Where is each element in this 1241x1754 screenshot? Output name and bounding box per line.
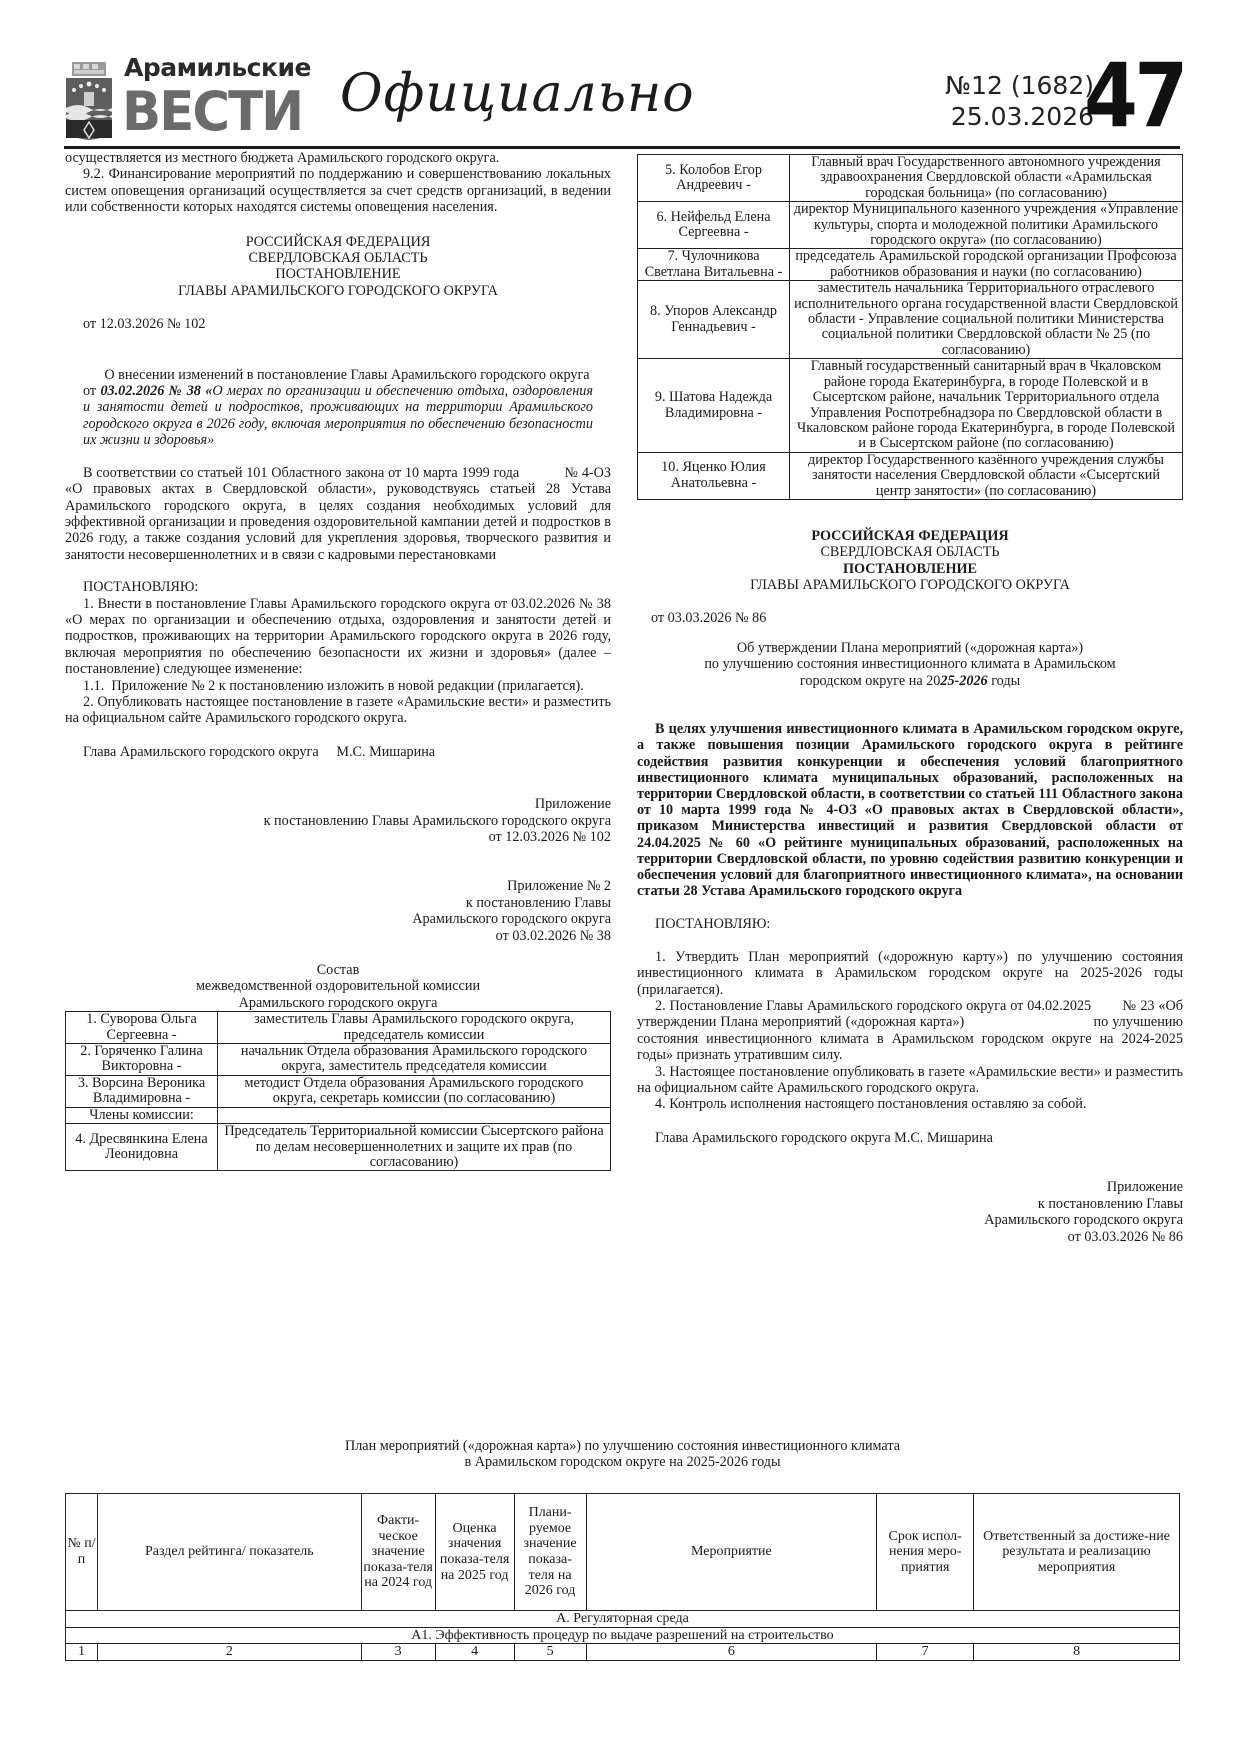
title-prefix: от bbox=[83, 383, 100, 399]
appendix-line: Приложение bbox=[65, 796, 611, 812]
member-name: 2. Горяченко Галина Викторовна - bbox=[66, 1044, 218, 1076]
decree-2-item-2: 2. Постановление Главы Арамильского горо… bbox=[637, 998, 1183, 1064]
member-role: директор Государственного казённого учре… bbox=[790, 452, 1183, 499]
member-role: методист Отдела образования Арамильского… bbox=[218, 1075, 611, 1107]
plan-title-line: План мероприятий («дорожная карта») по у… bbox=[65, 1438, 1180, 1454]
committee-row: 2. Горяченко Галина Викторовна -начальни… bbox=[66, 1044, 611, 1076]
decree-item-1-1: 1.1. Приложение № 2 к постановлению изло… bbox=[65, 678, 611, 694]
appendix-line: Арамильского городского округа bbox=[637, 1212, 1183, 1228]
member-name: 7. Чулочникова Светлана Витальевна - bbox=[638, 249, 790, 281]
brand-name-main: ВЕСТИ bbox=[122, 82, 302, 142]
city-coat-of-arms-icon bbox=[64, 62, 114, 140]
decree-word: ПОСТАНОВЛЯЮ: bbox=[65, 579, 611, 595]
committee-row: 1. Суворова Ольга Сергеевна -заместитель… bbox=[66, 1012, 611, 1044]
heading-line: РОССИЙСКАЯ ФЕДЕРАЦИЯ bbox=[637, 528, 1183, 544]
plan-title-line: в Арамильском городском округе на 2025-2… bbox=[65, 1454, 1180, 1470]
composition-title-line: Состав bbox=[65, 962, 611, 978]
member-name: 6. Нейфельд Елена Сергеевна - bbox=[638, 202, 790, 249]
decree-2-item-3: 3. Настоящее постановление опубликовать … bbox=[637, 1064, 1183, 1097]
column-header: Раздел рейтинга/ показатель bbox=[97, 1494, 361, 1611]
member-name: 3. Ворсина Вероника Владимировна - bbox=[66, 1075, 218, 1107]
committee-row: 9. Шатова Надежда Владимировна -Главный … bbox=[638, 359, 1183, 452]
brand-name-top: Арамильские bbox=[124, 60, 311, 76]
preamble-2: В целях улучшения инвестиционного климат… bbox=[637, 721, 1183, 899]
member-role: заместитель Главы Арамильского городског… bbox=[218, 1012, 611, 1044]
appendix-line: от 03.02.2026 № 38 bbox=[65, 928, 611, 944]
heading-line: РОССИЙСКАЯ ФЕДЕРАЦИЯ bbox=[65, 234, 611, 250]
member-name: 4. Дресвянкина Елена Леонидовна bbox=[66, 1124, 218, 1171]
member-role: начальник Отдела образования Арамильског… bbox=[218, 1044, 611, 1076]
section-title: Официально bbox=[340, 62, 695, 126]
decree-word-2: ПОСТАНОВЛЯЮ: bbox=[637, 916, 1183, 932]
member-role bbox=[218, 1107, 611, 1123]
member-name: 5. Колобов Егор Андреевич - bbox=[638, 155, 790, 202]
member-name: 1. Суворова Ольга Сергеевна - bbox=[66, 1012, 218, 1044]
heading-line: ПОСТАНОВЛЕНИЕ bbox=[65, 266, 611, 282]
column-number: 2 bbox=[97, 1644, 361, 1661]
decree-heading-2: РОССИЙСКАЯ ФЕДЕРАЦИЯ СВЕРДЛОВСКАЯ ОБЛАСТ… bbox=[637, 528, 1183, 594]
title-ref-number: 03.02.2026 № 38 « bbox=[100, 383, 212, 399]
appendix-line: Приложение № 2 bbox=[65, 878, 611, 894]
decree-date: от 12.03.2026 № 102 bbox=[65, 316, 611, 332]
decree-title-line: О внесении изменений в постановление Гла… bbox=[83, 367, 611, 383]
heading-line: СВЕРДЛОВСКАЯ ОБЛАСТЬ bbox=[637, 544, 1183, 560]
table-header-row: № п/пРаздел рейтинга/ показательФакти-че… bbox=[66, 1494, 1180, 1611]
appendix-line: от 03.03.2026 № 86 bbox=[637, 1229, 1183, 1245]
table-section-row: А. Регуляторная среда bbox=[66, 1611, 1180, 1628]
page-number: 47 bbox=[1084, 48, 1185, 144]
appendix-line: к постановлению Главы bbox=[637, 1196, 1183, 1212]
appendix-note-3: Приложение к постановлению Главы Арамиль… bbox=[637, 1179, 1183, 1245]
appendix-line: к постановлению Главы bbox=[65, 895, 611, 911]
title-years: 25-2026 bbox=[940, 673, 987, 689]
appendix-note-1: Приложение к постановлению Главы Арамиль… bbox=[65, 796, 611, 845]
heading-line: ГЛАВЫ АРАМИЛЬСКОГО ГОРОДСКОГО ОКРУГА bbox=[65, 283, 611, 299]
column-header: Оценка значения показа-теля на 2025 год bbox=[435, 1494, 514, 1611]
member-name: 10. Яценко Юлия Анатольевна - bbox=[638, 452, 790, 499]
committee-row: 5. Колобов Егор Андреевич -Главный врач … bbox=[638, 155, 1183, 202]
member-role: директор Муниципального казенного учрежд… bbox=[790, 202, 1183, 249]
continued-text: осуществляется из местного бюджета Арами… bbox=[65, 150, 611, 166]
decree-heading: РОССИЙСКАЯ ФЕДЕРАЦИЯ СВЕРДЛОВСКАЯ ОБЛАСТ… bbox=[65, 234, 611, 300]
decree-item-1: 1. Внести в постановление Главы Арамильс… bbox=[65, 596, 611, 678]
decree-2-item-1: 1. Утвердить План мероприятий («дорожную… bbox=[637, 949, 1183, 998]
decree-title-reference: от 03.02.2026 № 38 «О мерах по организац… bbox=[65, 383, 611, 449]
preamble: В соответствии со статьей 101 Областного… bbox=[65, 465, 611, 563]
plan-title: План мероприятий («дорожная карта») по у… bbox=[65, 1438, 1180, 1471]
committee-row: 8. Упоров Александр Геннадьевич -замести… bbox=[638, 281, 1183, 359]
column-header: Факти-ческое значение показа-теля на 202… bbox=[361, 1494, 435, 1611]
signature: Глава Арамильского городского округа М.С… bbox=[65, 744, 611, 760]
committee-table-part-2: 5. Колобов Егор Андреевич -Главный врач … bbox=[637, 154, 1183, 500]
column-number: 7 bbox=[877, 1644, 974, 1661]
committee-table-part-1: 1. Суворова Ольга Сергеевна -заместитель… bbox=[65, 1011, 611, 1171]
header-rule bbox=[64, 146, 1180, 149]
roadmap-table: № п/пРаздел рейтинга/ показательФакти-че… bbox=[65, 1493, 1180, 1661]
composition-title: Состав межведомственной оздоровительной … bbox=[65, 962, 611, 1011]
column-header: № п/п bbox=[66, 1494, 98, 1611]
column-number: 3 bbox=[361, 1644, 435, 1661]
committee-row: Члены комиссии: bbox=[66, 1107, 611, 1123]
column-header: Плани-руемое значение показа-теля на 202… bbox=[514, 1494, 586, 1611]
title-text: городском округе на 20 bbox=[800, 673, 940, 689]
decree-title-line: по улучшению состояния инвестиционного к… bbox=[637, 656, 1183, 672]
decree-title-2: Об утверждении Плана мероприятий («дорож… bbox=[637, 640, 1183, 689]
appendix-line: Приложение bbox=[637, 1179, 1183, 1195]
appendix-line: Арамильского городского округа bbox=[65, 911, 611, 927]
member-name: Члены комиссии: bbox=[66, 1107, 218, 1123]
title-text: годы bbox=[988, 673, 1020, 689]
issue-date: 25.03.2026 bbox=[884, 101, 1094, 132]
issue-info: №12 (1682) 25.03.2026 bbox=[884, 70, 1094, 132]
composition-title-line: межведомственной оздоровительной комисси… bbox=[65, 978, 611, 994]
column-header: Срок испол-нения меро-приятия bbox=[877, 1494, 974, 1611]
left-column: осуществляется из местного бюджета Арами… bbox=[65, 150, 611, 1171]
column-number: 1 bbox=[66, 1644, 98, 1661]
heading-line: ГЛАВЫ АРАМИЛЬСКОГО ГОРОДСКОГО ОКРУГА bbox=[637, 577, 1183, 593]
heading-line: ПОСТАНОВЛЕНИЕ bbox=[637, 561, 1183, 577]
member-role: Председатель Территориальной комиссии Сы… bbox=[218, 1124, 611, 1171]
appendix-line: от 12.03.2026 № 102 bbox=[65, 829, 611, 845]
masthead: Арамильские ВЕСТИ Официально №12 (1682) … bbox=[64, 56, 1180, 146]
appendix-line: к постановлению Главы Арамильского город… bbox=[65, 813, 611, 829]
member-name: 9. Шатова Надежда Владимировна - bbox=[638, 359, 790, 452]
table-subsection-row: А1. Эффективность процедур по выдаче раз… bbox=[66, 1627, 1180, 1644]
committee-row: 4. Дресвянкина Елена ЛеонидовнаПредседат… bbox=[66, 1124, 611, 1171]
decree-item-2: 2. Опубликовать настоящее постановление … bbox=[65, 694, 611, 727]
member-role: Главный государственный санитарный врач … bbox=[790, 359, 1183, 452]
heading-line: СВЕРДЛОВСКАЯ ОБЛАСТЬ bbox=[65, 250, 611, 266]
committee-row: 7. Чулочникова Светлана Витальевна -пред… bbox=[638, 249, 1183, 281]
section-cell: А. Регуляторная среда bbox=[66, 1611, 1180, 1628]
decree-date-2: от 03.03.2026 № 86 bbox=[637, 610, 1183, 626]
column-header: Мероприятие bbox=[586, 1494, 877, 1611]
decree-title-line: городском округе на 2025-2026 годы bbox=[637, 673, 1183, 689]
column-number: 8 bbox=[974, 1644, 1180, 1661]
column-number: 4 bbox=[435, 1644, 514, 1661]
column-header: Ответственный за достиже-ние результата … bbox=[974, 1494, 1180, 1611]
appendix-note-2: Приложение № 2 к постановлению Главы Ара… bbox=[65, 878, 611, 944]
signature-2: Глава Арамильского городского округа М.С… bbox=[637, 1130, 1183, 1146]
subsection-cell: А1. Эффективность процедур по выдаче раз… bbox=[66, 1627, 1180, 1644]
paragraph-9-2: 9.2. Финансирование мероприятий по подде… bbox=[65, 166, 611, 215]
decree-2-item-4: 4. Контроль исполнения настоящего постан… bbox=[637, 1096, 1183, 1112]
decree-title: О внесении изменений в постановление Гла… bbox=[65, 367, 611, 383]
column-number: 6 bbox=[586, 1644, 877, 1661]
member-role: Главный врач Государственного автономног… bbox=[790, 155, 1183, 202]
member-name: 8. Упоров Александр Геннадьевич - bbox=[638, 281, 790, 359]
committee-row: 3. Ворсина Вероника Владимировна -методи… bbox=[66, 1075, 611, 1107]
committee-row: 10. Яценко Юлия Анатольевна -директор Го… bbox=[638, 452, 1183, 499]
right-column: 5. Колобов Егор Андреевич -Главный врач … bbox=[637, 150, 1183, 1245]
column-number: 5 bbox=[514, 1644, 586, 1661]
composition-title-line: Арамильского городского округа bbox=[65, 995, 611, 1011]
committee-row: 6. Нейфельд Елена Сергеевна -директор Му… bbox=[638, 202, 1183, 249]
member-role: председатель Арамильской городской орган… bbox=[790, 249, 1183, 281]
table-numbering-row: 12345678 bbox=[66, 1644, 1180, 1661]
issue-number: №12 (1682) bbox=[884, 70, 1094, 101]
decree-title-line: Об утверждении Плана мероприятий («дорож… bbox=[637, 640, 1183, 656]
member-role: заместитель начальника Территориального … bbox=[790, 281, 1183, 359]
